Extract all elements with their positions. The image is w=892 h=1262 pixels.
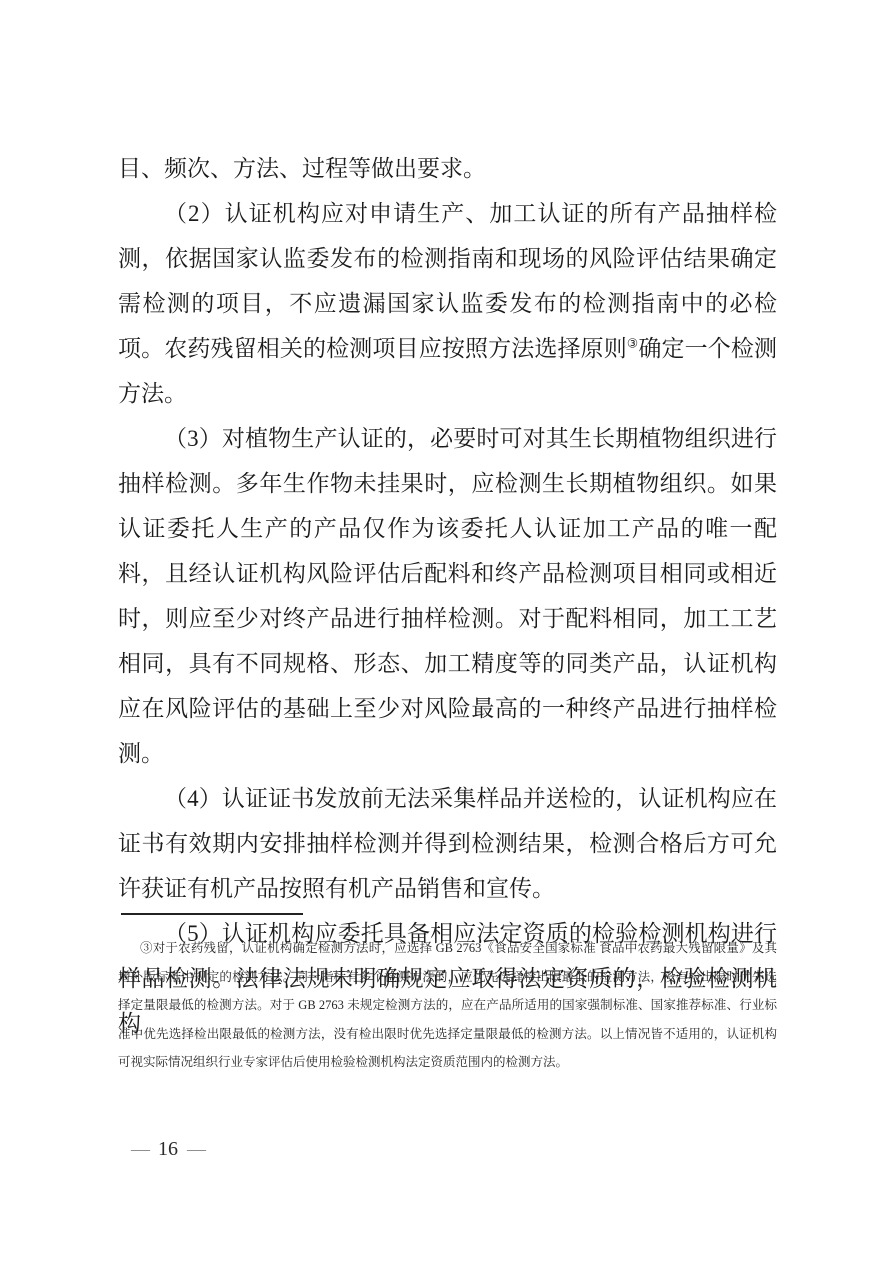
footer-dash-left: — <box>131 1139 149 1161</box>
footnote-paragraph: ③对于农药残留，认证机构确定检测方法时，应选择 GB 2763《食品安全国家标准… <box>118 934 777 1077</box>
body-paragraph-3: （3）对植物生产认证的，必要时可对其生长期植物组织进行抽样检测。多年生作物未挂果… <box>118 416 777 776</box>
page-number: 16 <box>158 1138 178 1161</box>
footnote-block: ③对于农药残留，认证机构确定检测方法时，应选择 GB 2763《食品安全国家标准… <box>118 934 777 1077</box>
document-page: 目、频次、方法、过程等做出要求。 （2）认证机构应对申请生产、加工认证的所有产品… <box>0 0 892 1262</box>
body-paragraph-4: （4）认证证书发放前无法采集样品并送检的，认证机构应在证书有效期内安排抽样检测并… <box>118 776 777 911</box>
body-paragraph-2: （2）认证机构应对申请生产、加工认证的所有产品抽样检测，依据国家认监委发布的检测… <box>118 191 777 416</box>
body-paragraph-continuation: 目、频次、方法、过程等做出要求。 <box>118 146 777 191</box>
footnote-reference-mark: ③ <box>627 336 638 350</box>
page-footer: — 16 — <box>131 1138 205 1161</box>
footnote-separator <box>121 913 303 915</box>
footer-dash-right: — <box>187 1139 205 1161</box>
footnote-marker: ③ <box>140 941 153 955</box>
footnote-text: 对于农药残留，认证机构确定检测方法时，应选择 GB 2763《食品安全国家标准 … <box>118 941 777 1069</box>
main-text-block: 目、频次、方法、过程等做出要求。 （2）认证机构应对申请生产、加工认证的所有产品… <box>118 146 777 1046</box>
